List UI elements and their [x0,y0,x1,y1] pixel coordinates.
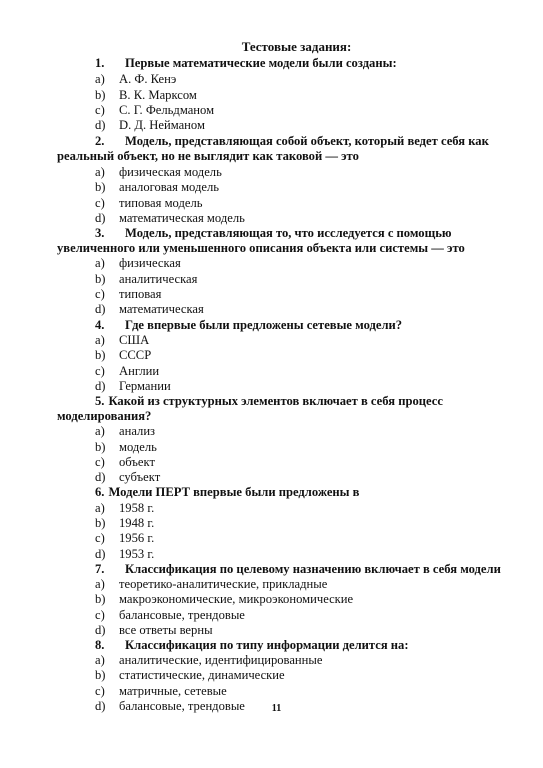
answer-option: c)балансовые, трендовые [95,608,245,623]
answer-option: a)анализ [95,424,155,439]
answer-option: d)1953 г. [95,547,154,562]
answer-option: a)физическая модель [95,165,222,180]
question-text: Модель, представляющая то, что исследует… [125,226,452,240]
option-text: физическая модель [119,165,222,179]
option-label: c) [95,684,119,699]
option-label: c) [95,287,119,302]
question-7: 7.Классификация по целевому назначению в… [95,562,501,577]
option-text: 1948 г. [119,516,154,530]
option-label: c) [95,103,119,118]
page-number: 11 [0,703,543,714]
answer-option: a)теоретико-аналитические, прикладные [95,577,327,592]
question-text: Где впервые были предложены сетевые моде… [125,318,402,332]
answer-option: c)С. Г. Фельдманом [95,103,214,118]
option-text: физическая [119,256,181,270]
answer-option: c)типовая [95,287,161,302]
option-text: все ответы верны [119,623,213,637]
question-number: 5. [95,394,104,408]
answer-option: c)типовая модель [95,196,203,211]
answer-option: b)макроэкономические, микроэкономические [95,592,353,607]
option-label: b) [95,516,119,531]
answer-option: a)1958 г. [95,501,154,516]
answer-option: b)статистические, динамические [95,668,285,683]
question-2: 2.Модель, представляющая собой объект, к… [95,134,489,149]
option-label: d) [95,118,119,133]
question-text: Модели ПЕРТ впервые были предложены в [108,485,359,499]
option-text: матричные, сетевые [119,684,227,698]
answer-option: d)Германии [95,379,171,394]
answer-option: b)аналоговая модель [95,180,219,195]
question-text-continuation: реальный объект, но не выглядит как тако… [57,149,359,164]
answer-option: b)В. К. Марксом [95,88,197,103]
option-label: a) [95,424,119,439]
option-text: аналитические, идентифицированные [119,653,322,667]
option-label: c) [95,531,119,546]
option-label: a) [95,165,119,180]
answer-option: a)аналитические, идентифицированные [95,653,322,668]
option-text: 1956 г. [119,531,154,545]
option-text: С. Г. Фельдманом [119,103,214,117]
option-text: балансовые, трендовые [119,608,245,622]
document-page: Тестовые задания: 1.Первые математически… [0,0,543,768]
answer-option: a)А. Ф. Кенэ [95,72,176,87]
question-text: Классификация по целевому назначению вкл… [125,562,501,576]
answer-option: c)Англии [95,364,159,379]
option-text: В. К. Марксом [119,88,197,102]
question-6: 6.Модели ПЕРТ впервые были предложены в [95,485,359,500]
option-label: b) [95,440,119,455]
question-text: Какой из структурных элементов включает … [108,394,443,408]
option-text: статистические, динамические [119,668,285,682]
answer-option: b)аналитическая [95,272,197,287]
answer-option: d)математическая модель [95,211,245,226]
option-text: аналитическая [119,272,197,286]
option-label: c) [95,608,119,623]
question-text: Классификация по типу информации делится… [125,638,409,652]
question-number: 1. [95,56,125,71]
answer-option: c)1956 г. [95,531,154,546]
question-number: 4. [95,318,125,333]
option-text: 1953 г. [119,547,154,561]
option-text: Англии [119,364,159,378]
answer-option: b)СССР [95,348,151,363]
option-text: модель [119,440,157,454]
option-label: b) [95,272,119,287]
question-text: Модель, представляющая собой объект, кот… [125,134,489,148]
question-3: 3.Модель, представляющая то, что исследу… [95,226,452,241]
option-text: D. Д. Нейманом [119,118,205,132]
option-label: c) [95,364,119,379]
question-8: 8.Классификация по типу информации делит… [95,638,409,653]
answer-option: c)матричные, сетевые [95,684,227,699]
answer-option: d)субъект [95,470,160,485]
question-number: 2. [95,134,125,149]
option-label: d) [95,211,119,226]
page-title: Тестовые задания: [0,39,543,55]
option-label: c) [95,196,119,211]
option-text: 1958 г. [119,501,154,515]
question-number: 8. [95,638,125,653]
option-text: теоретико-аналитические, прикладные [119,577,327,591]
option-label: d) [95,302,119,317]
option-text: типовая [119,287,161,301]
option-text: анализ [119,424,155,438]
option-label: d) [95,470,119,485]
answer-option: d)D. Д. Нейманом [95,118,205,133]
option-text: США [119,333,149,347]
option-text: А. Ф. Кенэ [119,72,176,86]
option-label: a) [95,501,119,516]
answer-option: c)объект [95,455,155,470]
option-label: b) [95,180,119,195]
option-label: d) [95,547,119,562]
question-5: 5.Какой из структурных элементов включае… [95,394,443,409]
option-label: a) [95,653,119,668]
question-text-continuation: моделирования? [57,409,151,424]
option-text: макроэкономические, микроэкономические [119,592,353,606]
option-label: c) [95,455,119,470]
answer-option: b)модель [95,440,157,455]
option-label: b) [95,668,119,683]
option-label: d) [95,623,119,638]
option-text: аналоговая модель [119,180,219,194]
option-label: d) [95,379,119,394]
option-label: b) [95,592,119,607]
question-text: Первые математические модели были создан… [125,56,397,70]
question-4: 4.Где впервые были предложены сетевые мо… [95,318,402,333]
question-number: 7. [95,562,125,577]
option-text: математическая модель [119,211,245,225]
option-text: объект [119,455,155,469]
option-label: b) [95,348,119,363]
answer-option: b)1948 г. [95,516,154,531]
answer-option: d)все ответы верны [95,623,213,638]
answer-option: d)математическая [95,302,204,317]
option-label: a) [95,256,119,271]
answer-option: a)физическая [95,256,181,271]
option-text: субъект [119,470,160,484]
option-label: a) [95,577,119,592]
option-text: Германии [119,379,171,393]
option-text: математическая [119,302,204,316]
question-number: 3. [95,226,125,241]
question-text-continuation: увеличенного или уменьшенного описания о… [57,241,465,256]
answer-option: a)США [95,333,149,348]
question-1: 1.Первые математические модели были созд… [95,56,397,71]
option-label: a) [95,333,119,348]
question-number: 6. [95,485,104,499]
option-label: b) [95,88,119,103]
option-text: СССР [119,348,151,362]
option-label: a) [95,72,119,87]
option-text: типовая модель [119,196,203,210]
